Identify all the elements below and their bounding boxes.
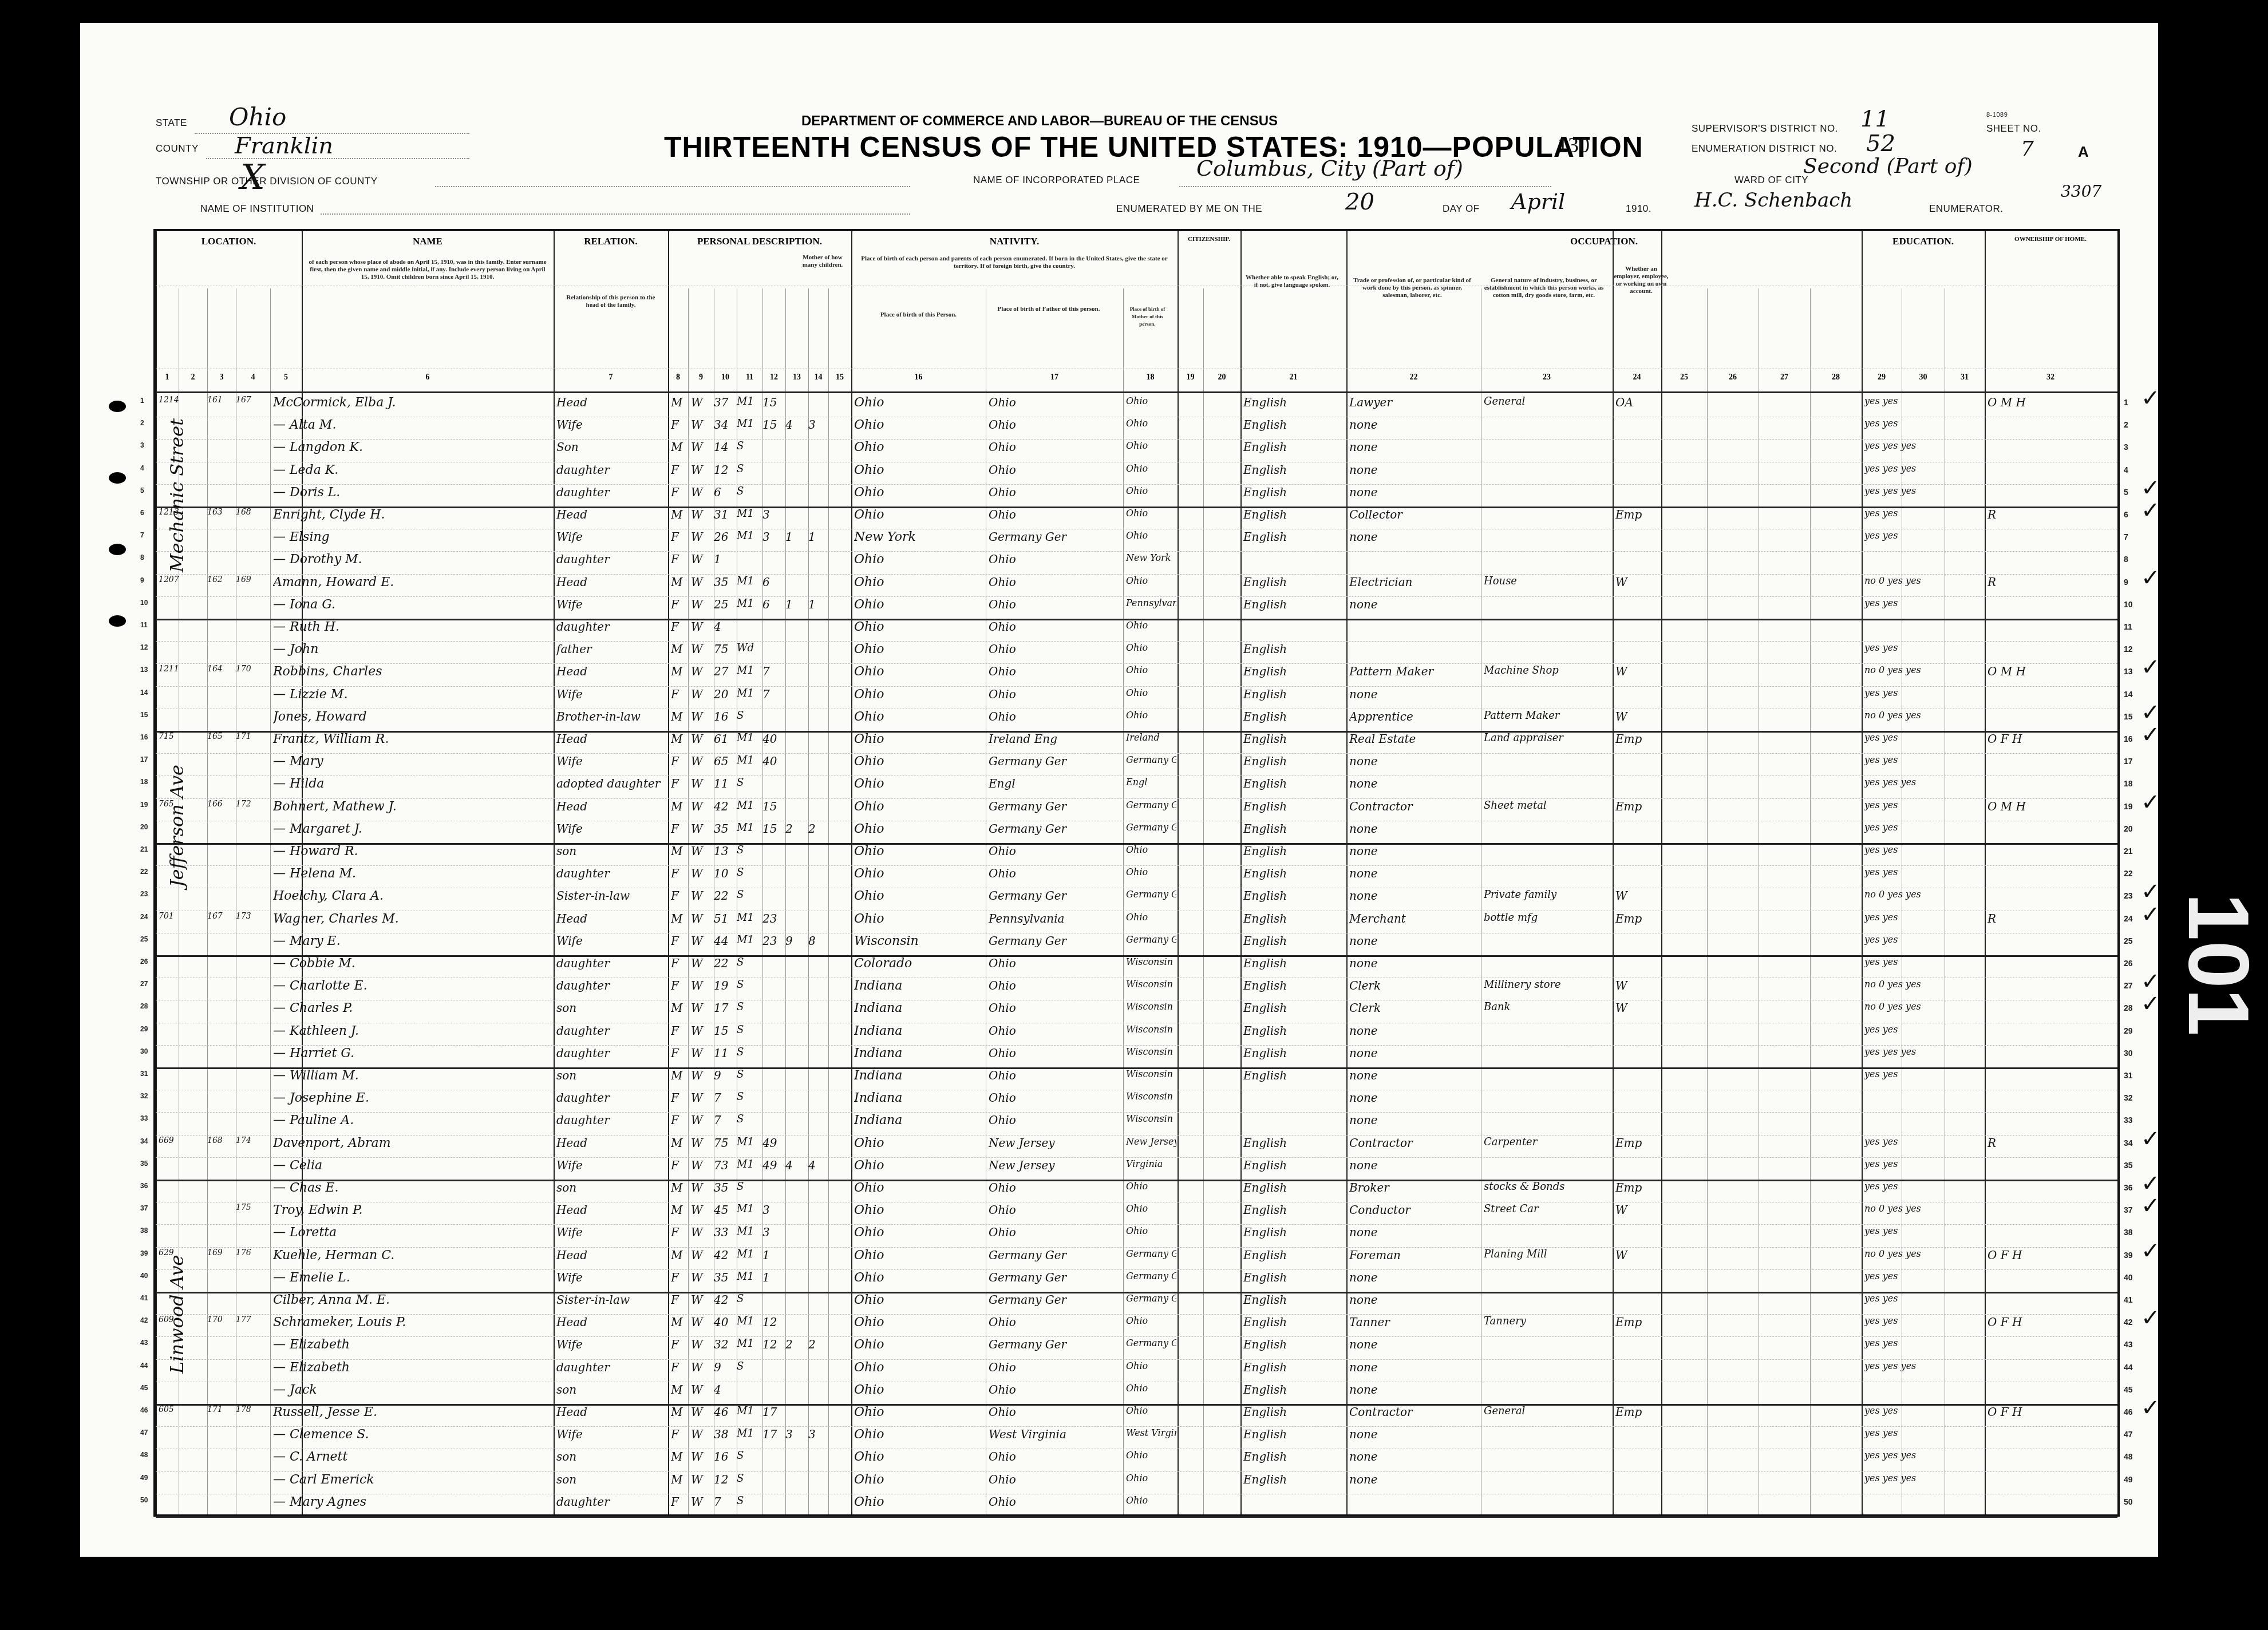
cell-relation: Head	[556, 1248, 665, 1262]
cell-name: — Lizzie M.	[273, 687, 548, 702]
column-number: 20	[1214, 373, 1231, 382]
cell-father-birth: Ohio	[989, 687, 1120, 701]
table-row: 175Troy, Edwin P.HeadMW45M13OhioOhioOhio…	[156, 1202, 2117, 1221]
left-row-number: 30	[140, 1047, 148, 1055]
column-number: 8	[670, 373, 687, 382]
cell-name: — Mary E.	[273, 934, 548, 948]
cell-dwelling: 170	[207, 1315, 236, 1324]
table-row: — Alta M.WifeFW34M11543OhioOhioOhioEngli…	[156, 417, 2117, 436]
cell-education: yes yes	[1864, 1158, 1982, 1169]
column-number: 25	[1676, 373, 1693, 382]
cell-age: 42	[714, 1293, 736, 1307]
incorporated-place-value: Columbus, City (Part of)	[1196, 156, 1463, 181]
cell-ownership: O F H	[1988, 1248, 2113, 1262]
cell-trade: Contractor	[1349, 1405, 1478, 1419]
left-row-number: 24	[140, 913, 148, 921]
cell-age: 38	[714, 1427, 736, 1441]
cell-employer: Emp	[1615, 1315, 1660, 1329]
cell-mother-birth: Ohio	[1126, 530, 1176, 541]
cell-relation: Wife	[556, 1427, 665, 1441]
cell-sex: M	[671, 800, 688, 813]
cell-trade: Electrician	[1349, 575, 1478, 589]
cell-education: yes yes	[1864, 530, 1982, 541]
cell-language: English	[1243, 598, 1344, 611]
cell-language: English	[1243, 1046, 1344, 1060]
left-row-number: 6	[140, 509, 144, 517]
cell-ownership: O F H	[1988, 1315, 2113, 1329]
cell-years-married: 3	[762, 508, 784, 521]
cell-education: yes yes	[1864, 732, 1982, 743]
cell-birth: Ohio	[854, 687, 983, 702]
cell-father-birth: Ohio	[989, 395, 1120, 409]
cell-years-married: 3	[762, 530, 784, 544]
nativity-column-description: Place of birth of each person and parent…	[857, 255, 1172, 270]
supervisor-value: 11	[1860, 106, 1890, 132]
cell-name: Bohnert, Mathew J.	[273, 800, 548, 814]
cell-employer: W	[1615, 889, 1660, 903]
cell-employer: W	[1615, 1001, 1660, 1015]
cell-trade: Contractor	[1349, 800, 1478, 813]
cell-age: 44	[714, 934, 736, 948]
cell-father-birth: New Jersey	[989, 1158, 1120, 1172]
cell-relation: Head	[556, 1136, 665, 1150]
table-row: — MaryWifeFW65M140OhioGermany GerGermany…	[156, 753, 2117, 772]
row-number: 43	[2124, 1340, 2133, 1349]
cell-birth: Ohio	[854, 1271, 983, 1285]
column-number: 21	[1285, 373, 1302, 382]
cell-sex: F	[671, 1024, 688, 1038]
census-table: LOCATION. NAME RELATION. PERSONAL DESCRI…	[153, 229, 2120, 1517]
cell-marital: S	[737, 1091, 760, 1103]
cell-father-birth: Ohio	[989, 485, 1120, 499]
cell-education: yes yes	[1864, 642, 1982, 653]
column-number: 18	[1142, 373, 1159, 382]
cell-race: W	[691, 1136, 711, 1150]
cell-employer: W	[1615, 710, 1660, 723]
cell-education: yes yes	[1864, 1069, 1982, 1079]
sheet-side: A	[2078, 143, 2089, 161]
table-row: 1214161167McCormick, Elba J.HeadMW37M115…	[156, 394, 2117, 413]
cell-race: W	[691, 777, 711, 790]
cell-trade: none	[1349, 1024, 1478, 1038]
cell-age: 42	[714, 800, 736, 813]
cell-sex: M	[671, 1383, 688, 1396]
cell-marital: M1	[737, 1315, 760, 1327]
cell-family: 168	[236, 508, 267, 517]
cell-marital: M1	[737, 732, 760, 744]
cell-education: yes yes	[1864, 1427, 1982, 1438]
cell-name: — Leda K.	[273, 463, 548, 477]
cell-mother-birth: Ohio	[1126, 1181, 1176, 1192]
cell-family: 170	[236, 664, 267, 674]
cell-name: Jones, Howard	[273, 710, 548, 724]
cell-language: English	[1243, 867, 1344, 880]
cell-marital: M1	[737, 1271, 760, 1283]
cell-employer: OA	[1615, 395, 1660, 409]
cell-father-birth: Ohio	[989, 844, 1120, 858]
cell-relation: son	[556, 844, 665, 858]
table-row: — William M.sonMW9SIndianaOhioWisconsinE…	[156, 1067, 2117, 1086]
cell-language: English	[1243, 1315, 1344, 1329]
cell-industry: Machine Shop	[1484, 664, 1610, 676]
cell-children-living: 2	[808, 822, 828, 836]
language-description: Whether able to speak English; or, if no…	[1243, 274, 1341, 289]
cell-mother-birth: New Jersey	[1126, 1136, 1176, 1147]
column-number: 2	[184, 373, 201, 382]
cell-trade: none	[1349, 956, 1478, 970]
cell-years-married: 40	[762, 754, 784, 768]
cell-relation: Wife	[556, 1271, 665, 1284]
column-number: 1	[159, 373, 176, 382]
column-number: 17	[1046, 373, 1063, 382]
cell-sex: F	[671, 822, 688, 836]
cell-relation: daughter	[556, 1024, 665, 1038]
table-row: — Leda K.daughterFW12SOhioOhioOhioEnglis…	[156, 462, 2117, 481]
cell-years-married: 15	[762, 418, 784, 432]
sheet-value: 7	[2021, 137, 2034, 161]
cell-mother-birth: Wisconsin	[1126, 1001, 1176, 1012]
left-row-number: 9	[140, 576, 144, 584]
cell-sex: M	[671, 844, 688, 858]
cell-education: no 0 yes yes	[1864, 1203, 1982, 1214]
cell-language: English	[1243, 1024, 1344, 1038]
cell-ownership: R	[1988, 912, 2113, 925]
cell-industry: General	[1484, 395, 1610, 407]
left-row-number: 29	[140, 1025, 148, 1033]
cell-father-birth: Germany Ger	[989, 800, 1120, 813]
cell-years-married: 1	[762, 1248, 784, 1262]
cell-relation: daughter	[556, 979, 665, 992]
cell-mother-birth: Germany Ger	[1126, 800, 1176, 810]
cell-race: W	[691, 1203, 711, 1217]
check-mark-icon: ✓	[2141, 1305, 2160, 1331]
row-number: 13	[2124, 667, 2133, 676]
cell-mother-birth: Pennsylvania	[1126, 598, 1176, 608]
table-row: — Emelie L.WifeFW35M11OhioGermany GerGer…	[156, 1269, 2117, 1288]
column-number: 5	[278, 373, 295, 382]
cell-name: — Elsing	[273, 530, 548, 544]
mother-children-description: Mother of how many children.	[797, 254, 848, 269]
table-row: — ElizabethWifeFW32M11222OhioGermany Ger…	[156, 1336, 2117, 1355]
cell-sex: F	[671, 777, 688, 790]
cell-language: English	[1243, 844, 1344, 858]
table-row: — Hildaadopted daughterFW11SOhioEnglEngl…	[156, 776, 2117, 794]
table-row: — C. ArnettsonMW16SOhioOhioOhioEnglishno…	[156, 1449, 2117, 1467]
cell-age: 35	[714, 1181, 736, 1194]
cell-father-birth: Germany Ger	[989, 530, 1120, 544]
cell-mother-birth: Ohio	[1126, 440, 1176, 451]
row-number: 31	[2124, 1071, 2133, 1080]
group-location: LOCATION.	[156, 236, 302, 247]
cell-industry: Private family	[1484, 889, 1610, 901]
column-number: 31	[1956, 373, 1973, 382]
cell-house: 1214	[159, 395, 207, 405]
cell-relation: Sister-in-law	[556, 1293, 665, 1307]
cell-name: — Celia	[273, 1158, 548, 1173]
cell-relation: daughter	[556, 620, 665, 634]
cell-employer: Emp	[1615, 1405, 1660, 1419]
cell-race: W	[691, 485, 711, 499]
cell-dwelling: 161	[207, 395, 236, 405]
cell-birth: Ohio	[854, 485, 983, 500]
cell-birth: Ohio	[854, 440, 983, 454]
cell-education: yes yes yes	[1864, 485, 1982, 496]
row-number: 49	[2124, 1475, 2133, 1484]
cell-father-birth: Ohio	[989, 1091, 1120, 1105]
cell-years-married: 6	[762, 575, 784, 589]
cell-age: 42	[714, 1248, 736, 1262]
row-number: 20	[2124, 824, 2133, 833]
cell-mother-birth: Ohio	[1126, 1450, 1176, 1461]
left-row-number: 25	[140, 935, 148, 943]
cell-birth: Ohio	[854, 1158, 983, 1173]
cell-mother-birth: Wisconsin	[1126, 1024, 1176, 1035]
cell-language: English	[1243, 912, 1344, 925]
cell-children-living: 1	[808, 530, 828, 544]
cell-education: yes yes	[1864, 508, 1982, 519]
row-number: 11	[2124, 622, 2132, 631]
table-row: 1213163168Enright, Clyde H.HeadMW31M13Oh…	[156, 507, 2117, 525]
cell-name: — Iona G.	[273, 598, 548, 612]
cell-name: Frantz, William R.	[273, 732, 548, 746]
row-number: 6	[2124, 510, 2128, 519]
cell-marital: S	[737, 1181, 760, 1193]
cell-birth: Indiana	[854, 1091, 983, 1105]
cell-industry: Street Car	[1484, 1203, 1610, 1215]
cell-mother-birth: Ohio	[1126, 620, 1176, 631]
table-row: 701167173Wagner, Charles M.HeadMW51M123O…	[156, 911, 2117, 929]
cell-education: yes yes	[1864, 754, 1982, 765]
left-row-number: 33	[140, 1114, 148, 1122]
cell-language: English	[1243, 732, 1344, 746]
cell-birth: Ohio	[854, 395, 983, 410]
cell-marital: M1	[737, 575, 760, 587]
cell-mother-birth: Ohio	[1126, 485, 1176, 496]
cell-birth: Ohio	[854, 1473, 983, 1487]
cell-language: English	[1243, 800, 1344, 813]
cell-relation: Head	[556, 1315, 665, 1329]
cell-children-living: 3	[808, 418, 828, 432]
cell-name: Kuehle, Herman C.	[273, 1248, 548, 1263]
row-number: 44	[2124, 1363, 2133, 1372]
cell-birth: Ohio	[854, 800, 983, 814]
table-row: 715165171Frantz, William R.HeadMW61M140O…	[156, 731, 2117, 750]
cell-birth: Ohio	[854, 1427, 983, 1442]
row-number: 12	[2124, 644, 2133, 654]
cell-trade: none	[1349, 1338, 1478, 1351]
stamp-number: 130	[1557, 133, 1590, 158]
cell-relation: Head	[556, 508, 665, 521]
table-row: 1207162169Amann, Howard E.HeadMW35M16Ohi…	[156, 574, 2117, 593]
header-rule	[156, 391, 2117, 393]
cell-marital: M1	[737, 1405, 760, 1417]
left-row-number: 45	[140, 1384, 148, 1392]
cell-name: — Elizabeth	[273, 1360, 548, 1375]
cell-years-married: 3	[762, 1225, 784, 1239]
supervisor-label: SUPERVISOR'S DISTRICT NO.	[1692, 123, 1838, 134]
cell-children-living: 1	[808, 598, 828, 611]
column-number: 24	[1629, 373, 1646, 382]
column-number: 19	[1182, 373, 1199, 382]
cell-father-birth: Ohio	[989, 1450, 1120, 1463]
cell-language: English	[1243, 979, 1344, 992]
row-number: 25	[2124, 936, 2133, 945]
cell-age: 75	[714, 1136, 736, 1150]
cell-mother-birth: Ohio	[1126, 664, 1176, 675]
cell-father-birth: Pennsylvania	[989, 912, 1120, 925]
cell-age: 9	[714, 1069, 736, 1082]
cell-children-living: 8	[808, 934, 828, 948]
row-number: 30	[2124, 1049, 2133, 1058]
cell-sex: M	[671, 575, 688, 589]
cell-birth: Ohio	[854, 664, 983, 679]
cell-education: yes yes	[1864, 1181, 1982, 1192]
cell-name: — Charlotte E.	[273, 979, 548, 993]
cell-education: no 0 yes yes	[1864, 889, 1982, 900]
cell-birth: Ohio	[854, 732, 983, 746]
row-number: 16	[2124, 734, 2133, 743]
cell-father-birth: Ohio	[989, 463, 1120, 477]
cell-sex: M	[671, 1405, 688, 1419]
cell-name: — Doris L.	[273, 485, 548, 500]
cell-sex: F	[671, 1225, 688, 1239]
check-mark-icon: ✓	[2141, 1238, 2160, 1264]
cell-education: yes yes	[1864, 1271, 1982, 1281]
cell-language: English	[1243, 777, 1344, 790]
cell-age: 46	[714, 1405, 736, 1419]
table-row: — Carl EmericksonMW12SOhioOhioOhioEnglis…	[156, 1471, 2117, 1490]
table-row: — Margaret J.WifeFW35M11522OhioGermany G…	[156, 821, 2117, 840]
enumerator-label: ENUMERATOR.	[1929, 203, 2004, 215]
cell-years-married: 23	[762, 934, 784, 948]
cell-sex: F	[671, 889, 688, 903]
cell-relation: adopted daughter	[556, 777, 665, 790]
cell-birth: Ohio	[854, 912, 983, 926]
column-number: 28	[1827, 373, 1844, 382]
cell-relation: son	[556, 1181, 665, 1194]
cell-name: — C. Arnett	[273, 1450, 548, 1464]
cell-dwelling: 171	[207, 1405, 236, 1414]
column-number: 26	[1724, 373, 1741, 382]
cell-mother-birth: Germany Ger	[1126, 822, 1176, 833]
cell-mother-birth: Ohio	[1126, 912, 1176, 923]
row-number: 19	[2124, 802, 2133, 811]
cell-race: W	[691, 1271, 711, 1284]
cell-marital: S	[737, 867, 760, 879]
cell-trade: Foreman	[1349, 1248, 1478, 1262]
cell-language: English	[1243, 754, 1344, 768]
left-row-number: 47	[140, 1429, 148, 1437]
cell-father-birth: Ohio	[989, 1225, 1120, 1239]
cell-relation: Head	[556, 664, 665, 678]
cell-trade: none	[1349, 777, 1478, 790]
cell-father-birth: Germany Ger	[989, 754, 1120, 768]
cell-marital: M1	[737, 687, 760, 699]
cell-sex: F	[671, 979, 688, 992]
cell-education: no 0 yes yes	[1864, 1248, 1982, 1259]
cell-education: yes yes	[1864, 956, 1982, 967]
cell-sex: F	[671, 463, 688, 477]
cell-birth: Ohio	[854, 642, 983, 656]
row-number: 34	[2124, 1138, 2133, 1148]
check-mark-icon: ✓	[2141, 789, 2160, 816]
cell-age: 37	[714, 395, 736, 409]
cell-race: W	[691, 1315, 711, 1329]
cell-marital: M1	[737, 418, 760, 430]
cell-name: — Josephine E.	[273, 1091, 548, 1105]
left-row-number: 46	[140, 1406, 148, 1414]
cell-birth: Ohio	[854, 620, 983, 634]
cell-father-birth: Ohio	[989, 1405, 1120, 1419]
cell-age: 32	[714, 1338, 736, 1351]
cell-sex: M	[671, 642, 688, 656]
cell-relation: Wife	[556, 934, 665, 948]
cell-marital: S	[737, 1046, 760, 1058]
cell-language: English	[1243, 418, 1344, 432]
cell-name: — Emelie L.	[273, 1271, 548, 1285]
cell-father-birth: Ohio	[989, 979, 1120, 992]
column-number: 16	[910, 373, 927, 382]
check-mark-icon: ✓	[2141, 901, 2160, 928]
cell-language: English	[1243, 575, 1344, 589]
cell-mother-birth: Ohio	[1126, 1360, 1176, 1371]
cell-birth: Ohio	[854, 1248, 983, 1263]
cell-age: 11	[714, 1046, 736, 1060]
cell-trade: Lawyer	[1349, 395, 1478, 409]
cell-marital: S	[737, 710, 760, 722]
cell-dwelling: 165	[207, 732, 236, 741]
cell-name: Enright, Clyde H.	[273, 508, 548, 522]
cell-race: W	[691, 979, 711, 992]
cell-sex: F	[671, 552, 688, 566]
cell-trade: none	[1349, 1450, 1478, 1463]
cell-sex: F	[671, 418, 688, 432]
group-education: EDUCATION.	[1862, 236, 1985, 247]
column-number: 27	[1776, 373, 1793, 382]
cell-race: W	[691, 1338, 711, 1351]
cell-race: W	[691, 1473, 711, 1486]
cell-language: English	[1243, 530, 1344, 544]
cell-name: — Charles P.	[273, 1001, 548, 1015]
table-row: — Iona G.WifeFW25M1611OhioOhioPennsylvan…	[156, 596, 2117, 615]
cell-mother-birth: Engl	[1126, 777, 1176, 788]
cell-marital: S	[737, 1293, 760, 1305]
cell-trade: none	[1349, 1113, 1478, 1127]
cell-age: 20	[714, 687, 736, 701]
cell-language: English	[1243, 1360, 1344, 1374]
cell-children-born: 2	[785, 1338, 807, 1351]
cell-relation: Brother-in-law	[556, 710, 665, 723]
cell-industry: Millinery store	[1484, 979, 1610, 991]
group-nativity: NATIVITY.	[851, 236, 1178, 247]
cell-marital: S	[737, 1001, 760, 1013]
cell-trade: none	[1349, 754, 1478, 768]
cell-house: 1207	[159, 575, 207, 584]
cell-race: W	[691, 687, 711, 701]
cell-race: W	[691, 463, 711, 477]
row-number: 39	[2124, 1251, 2133, 1260]
cell-trade: none	[1349, 1383, 1478, 1396]
department-heading: DEPARTMENT OF COMMERCE AND LABOR—BUREAU …	[801, 113, 1278, 129]
cell-birth: Ohio	[854, 463, 983, 477]
cell-relation: son	[556, 1473, 665, 1486]
cell-education: yes yes yes	[1864, 777, 1982, 788]
cell-name: Robbins, Charles	[273, 664, 548, 679]
cell-years-married: 7	[762, 664, 784, 678]
table-row: 1211164170Robbins, CharlesHeadMW27M17Ohi…	[156, 663, 2117, 682]
cell-family: 175	[236, 1203, 267, 1212]
cell-ownership: O M H	[1988, 395, 2113, 409]
